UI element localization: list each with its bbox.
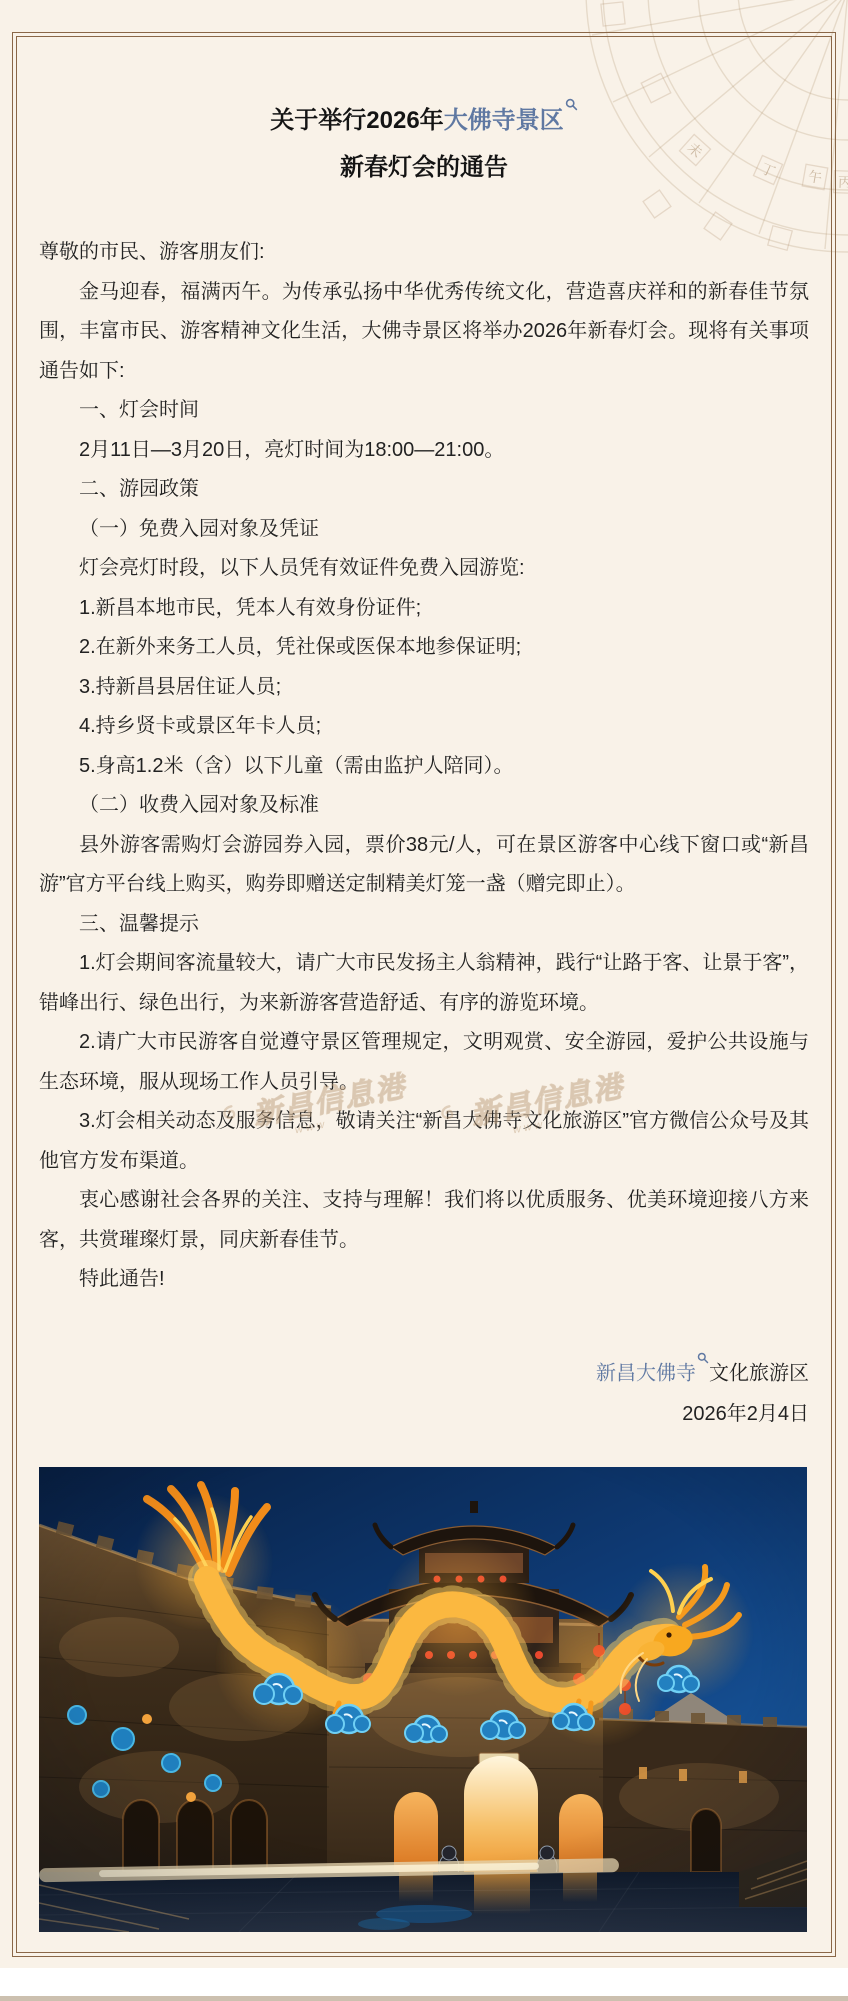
body-paragraph: 1.新昌本地市民，凭本人有效身份证件; <box>39 589 809 629</box>
body-paragraph: 2月11日—3月20日，亮灯时间为18:00—21:00。 <box>39 431 809 471</box>
signature-org-link[interactable]: 新昌大佛寺 <box>596 1362 696 1384</box>
signature-block: 新昌大佛寺文化旅游区 2026年2月4日 <box>39 1346 809 1436</box>
photo-vignette <box>39 1467 807 1932</box>
notice-frame: 关于举行2026年大佛寺景区 新春灯会的通告 尊敬的市民、游客朋友们:金马迎春，… <box>12 32 836 1957</box>
body-paragraph: 特此通告! <box>39 1260 809 1300</box>
search-link-icon[interactable] <box>565 100 578 122</box>
search-link-icon[interactable] <box>697 1355 709 1374</box>
body-paragraph: （一）免费入园对象及凭证 <box>39 510 809 550</box>
body-paragraph: 金马迎春，福满丙午。为传承弘扬中华优秀传统文化，营造喜庆祥和的新春佳节氛围，丰富… <box>39 273 809 392</box>
body-paragraph: 三、温馨提示 <box>39 905 809 945</box>
body-paragraph: 灯会亮灯时段，以下人员凭有效证件免费入园游览: <box>39 549 809 589</box>
body-paragraph: 2.在新外来务工人员，凭社保或医保本地参保证明; <box>39 628 809 668</box>
body-paragraph: 一、灯会时间 <box>39 391 809 431</box>
body-paragraph: 3.持新昌县居住证人员; <box>39 668 809 708</box>
body-paragraph: 3.灯会相关动态及服务信息，敬请关注“新昌大佛寺文化旅游区”官方微信公众号及其他… <box>39 1102 809 1181</box>
signature-org-suffix: 文化旅游区 <box>709 1362 809 1384</box>
title-scenic-area-link[interactable]: 大佛寺景区 <box>444 107 564 134</box>
body-paragraph: 尊敬的市民、游客朋友们: <box>39 233 809 273</box>
body-paragraph: （二）收费入园对象及标准 <box>39 786 809 826</box>
body-paragraph: 4.持乡贤卡或景区年卡人员; <box>39 707 809 747</box>
lantern-festival-photo[interactable] <box>39 1467 807 1932</box>
body-paragraphs: 尊敬的市民、游客朋友们:金马迎春，福满丙午。为传承弘扬中华优秀传统文化，营造喜庆… <box>39 233 809 1300</box>
title-line-1: 关于举行2026年大佛寺景区 <box>39 90 809 144</box>
body-paragraph: 衷心感谢社会各界的关注、支持与理解！我们将以优质服务、优美环境迎接八方来客，共赏… <box>39 1181 809 1260</box>
body-paragraph: 2.请广大市民游客自觉遵守景区管理规定，文明观赏、安全游园，爱护公共设施与生态环… <box>39 1023 809 1102</box>
page-bottom-gap <box>0 1968 848 1996</box>
title-text: 关于举行2026年 <box>270 107 443 134</box>
notice-title: 关于举行2026年大佛寺景区 新春灯会的通告 <box>39 90 809 191</box>
notice-content: 关于举行2026年大佛寺景区 新春灯会的通告 尊敬的市民、游客朋友们:金马迎春，… <box>17 37 831 1952</box>
next-section-edge <box>0 1996 848 2001</box>
body-paragraph: 1.灯会期间客流量较大，请广大市民发扬主人翁精神，践行“让路于客、让景于客”，错… <box>39 944 809 1023</box>
body-paragraph: 5.身高1.2米（含）以下儿童（需由监护人陪同）。 <box>39 747 809 787</box>
body-paragraph: 二、游园政策 <box>39 470 809 510</box>
signature-org-line: 新昌大佛寺文化旅游区 <box>39 1346 809 1395</box>
body-paragraph: 县外游客需购灯会游园券入园，票价38元/人，可在景区游客中心线下窗口或“新昌游”… <box>39 826 809 905</box>
signature-date: 2026年2月4日 <box>39 1394 809 1435</box>
title-line-2: 新春灯会的通告 <box>39 144 809 191</box>
announcement-page: 未 丁 午 丙 关于举行2026年大佛寺景区 新春灯会的通告 尊敬的市民、游客朋… <box>0 0 848 2001</box>
